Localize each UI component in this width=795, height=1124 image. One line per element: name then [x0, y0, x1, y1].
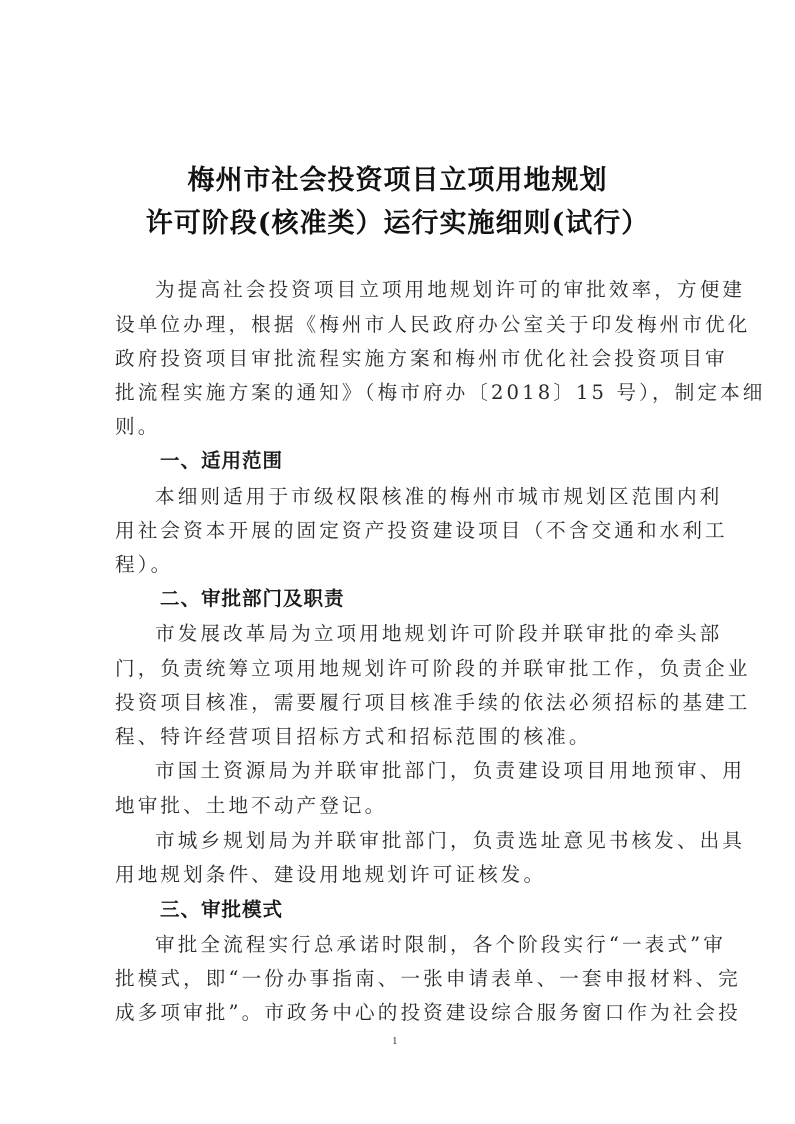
paragraph-line: 门，负责统筹立项用地规划许可阶段的并联审批工作，负责企业 — [115, 656, 705, 682]
document-title-line-2: 许可阶段(核准类）运行实施细则(试行） — [0, 201, 795, 240]
intro-line: 则。 — [115, 414, 705, 440]
paragraph-line: 市国土资源局为并联审批部门，负责建设项目用地预审、用 — [155, 758, 745, 784]
paragraph-line: 程、特许经营项目招标方式和招标范围的核准。 — [115, 724, 705, 750]
page-number: 1 — [392, 1035, 398, 1047]
paragraph-line: 市城乡规划局为并联审批部门，负责选址意见书核发、出具 — [155, 828, 745, 854]
section-heading-scope: 一、适用范围 — [160, 448, 283, 474]
document-page: 梅州市社会投资项目立项用地规划 许可阶段(核准类）运行实施细则(试行） 为提高社… — [0, 0, 795, 1124]
paragraph-line: 用地规划条件、建设用地规划许可证核发。 — [115, 862, 705, 888]
paragraph-line: 批模式，即“一份办事指南、一张申请表单、一套申报材料、完 — [115, 966, 705, 992]
paragraph-line: 审批全流程实行总承诺时限制，各个阶段实行“一表式”审 — [155, 932, 745, 958]
paragraph-line: 用社会资本开展的固定资产投资建设项目（不含交通和水利工 — [115, 518, 705, 544]
intro-line: 设单位办理，根据《梅州市人民政府办公室关于印发梅州市优化 — [115, 312, 705, 338]
intro-line: 批流程实施方案的通知》（梅市府办〔2018〕15 号），制定本细 — [115, 380, 705, 406]
section-heading-departments: 二、审批部门及职责 — [160, 586, 345, 612]
paragraph-line: 市发展改革局为立项用地规划许可阶段并联审批的牵头部 — [155, 621, 745, 647]
document-title-line-1: 梅州市社会投资项目立项用地规划 — [0, 158, 795, 197]
intro-line: 政府投资项目审批流程实施方案和梅州市优化社会投资项目审 — [115, 346, 705, 372]
paragraph-line: 本细则适用于市级权限核准的梅州市城市规划区范围内利 — [155, 484, 745, 510]
paragraph-line: 投资项目核准，需要履行项目核准手续的依法必须招标的基建工 — [115, 690, 705, 716]
paragraph-line: 地审批、土地不动产登记。 — [115, 793, 705, 819]
section-heading-approval-mode: 三、审批模式 — [160, 897, 283, 923]
paragraph-line: 程）。 — [115, 552, 705, 578]
intro-line: 为提高社会投资项目立项用地规划许可的审批效率，方便建 — [155, 277, 745, 303]
paragraph-line: 成多项审批”。市政务中心的投资建设综合服务窗口作为社会投 — [115, 1000, 705, 1026]
